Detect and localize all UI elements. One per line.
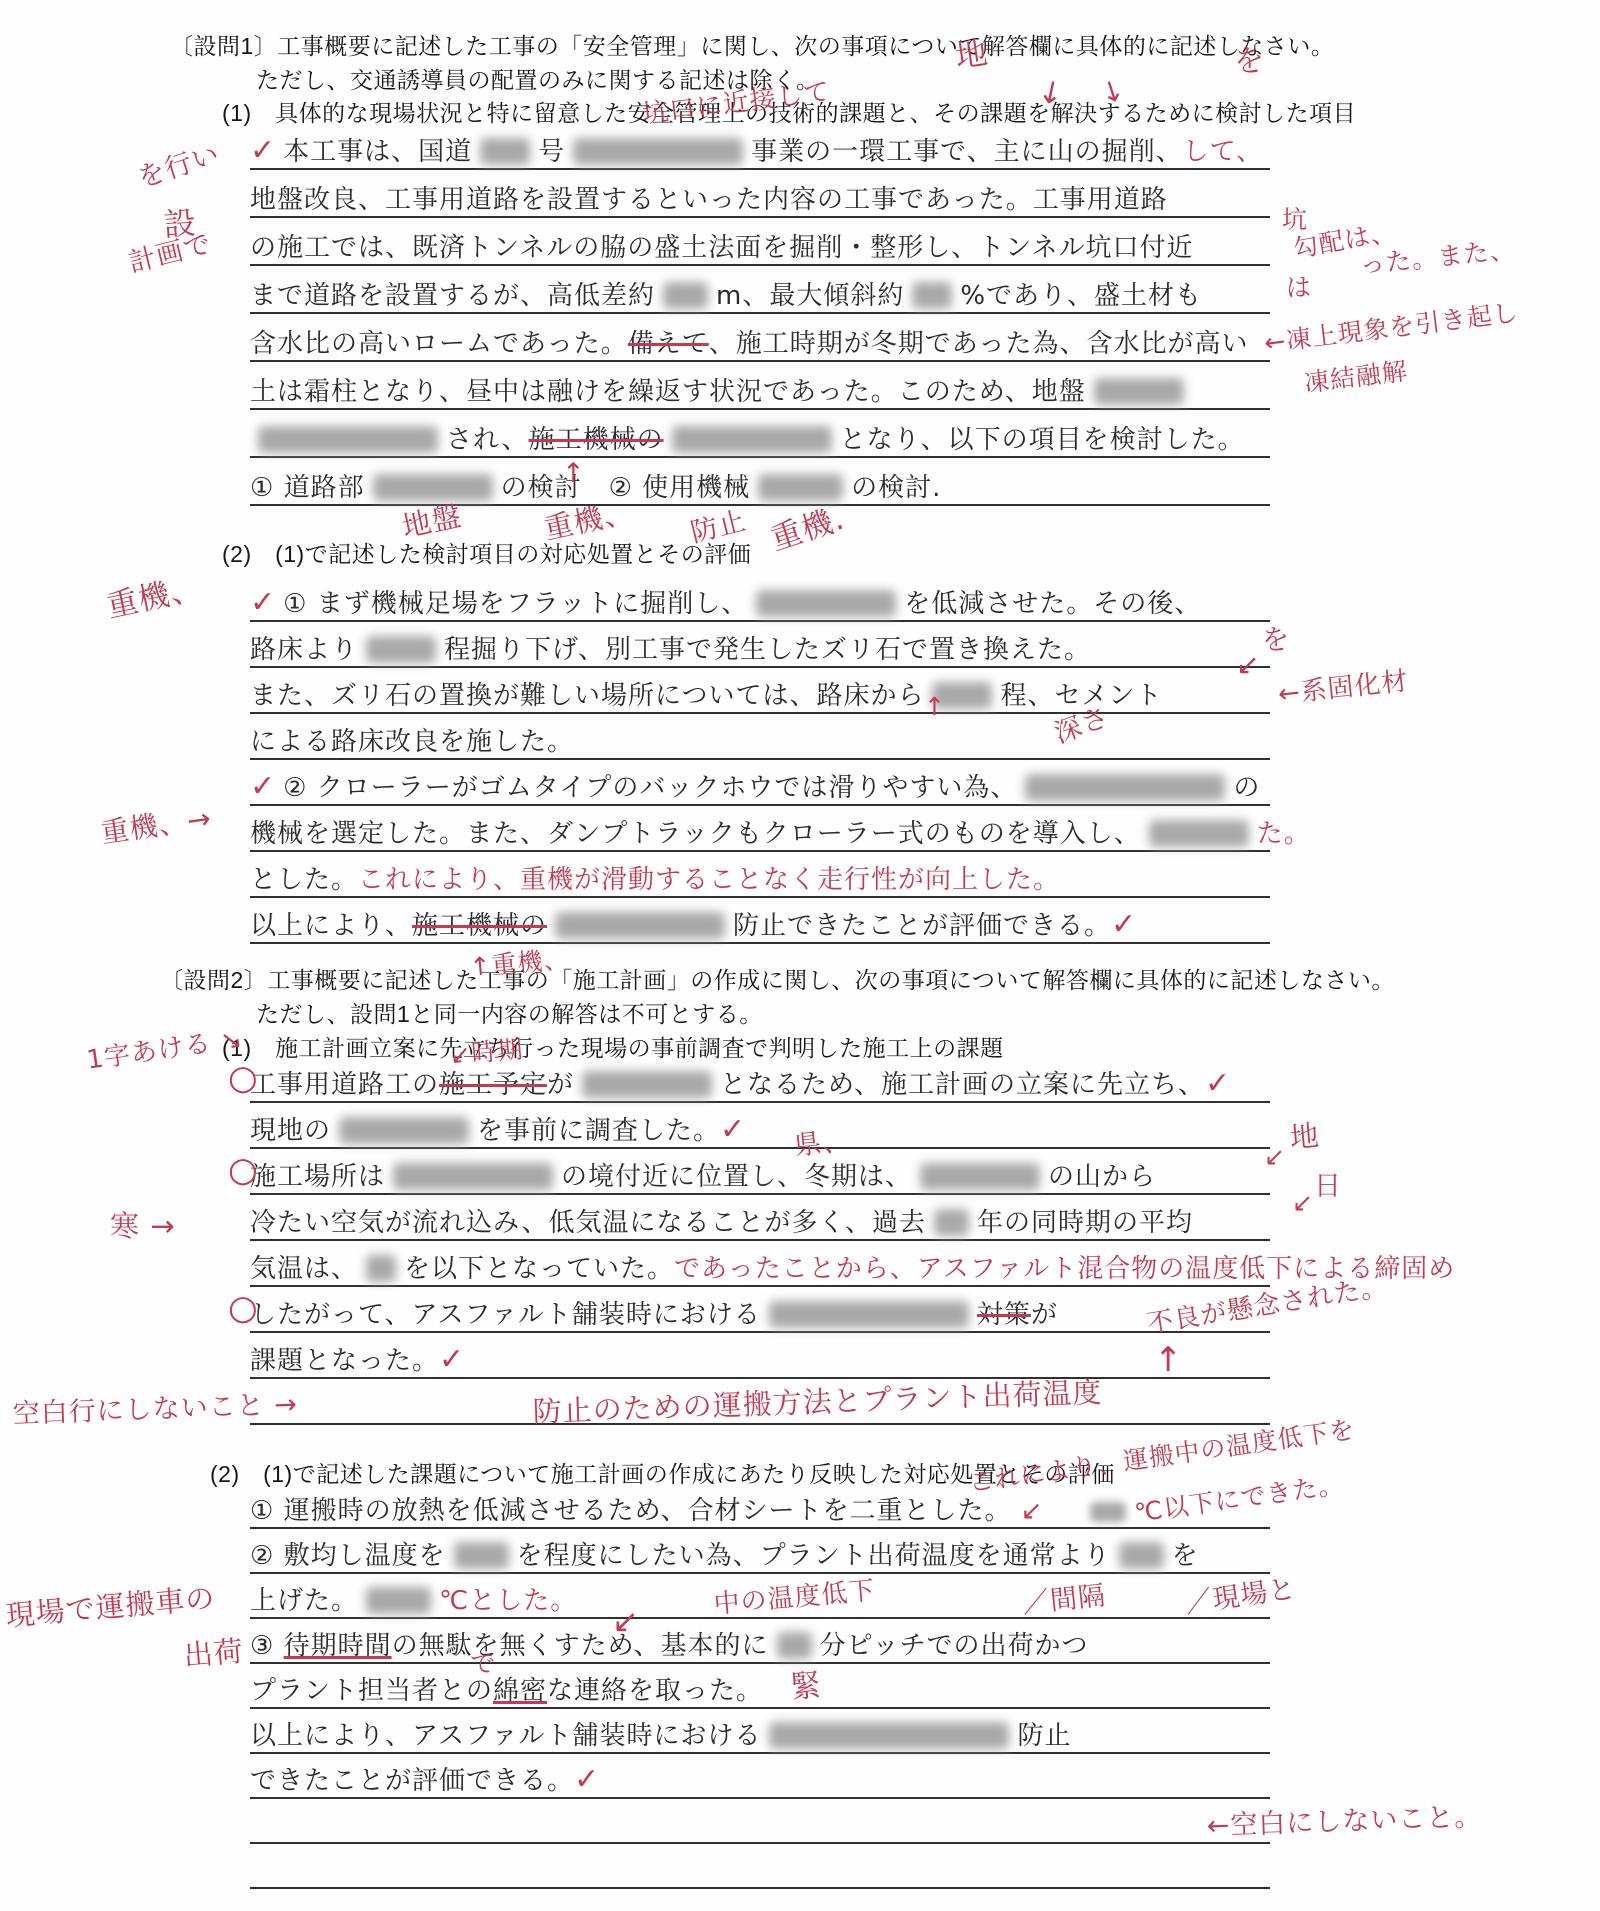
corrected-text: 対策 [977,1301,1031,1331]
handwriting-text: を事前に調査した。 [477,1117,720,1147]
answer-line: ✓本工事は、国道号事業の一環工事で、主に山の掘削、して、 [250,128,1270,170]
red-pen-annotation: 計画で [124,222,215,280]
check-mark: ✓ [1111,908,1136,943]
handwriting-text: とした。 [250,866,358,896]
answer-line: ✓① まず機械足場をフラットに掘削し、を低減させた。その後、 [250,582,1270,622]
handwriting-text: を低減させた。その後、 [904,590,1201,620]
redacted-text [672,426,832,453]
handwriting-text: 施工場所は [250,1163,385,1193]
redacted-text [920,1163,1040,1190]
red-pen-annotation: ↙ [1264,1142,1286,1171]
handwriting-text: 地盤改良、工事用道路を設置するといった内容の工事であった。工事用道路 [250,186,1168,216]
redacted-text [454,1542,509,1569]
answer-line: ③ 待期時間の無駄を無くすため、基本的に分ピッチでの出荷かつ [250,1625,1270,1664]
redacted-text [912,282,952,309]
handwriting-text: ② クローラーがゴムタイプのバックホウでは滑りやすい為、 [283,774,1017,804]
handwriting-text: プラント担当者との [250,1677,493,1707]
handwriting-text: の施工では、既済トンネルの脇の盛土法面を掘削・整形し、トンネル坑口付近 [250,234,1193,264]
answer-line: 土は霜柱となり、昼中は融けを繰返す状況であった。このため、地盤 [250,368,1270,410]
redacted-text [934,1209,969,1236]
handwriting-text: の検討. [851,474,941,504]
red-pen-annotation: 寒 → [110,1204,176,1245]
handwriting-text: %であり、盛土材も [960,282,1202,312]
handwriting-text: 土は霜柱となり、昼中は融けを繰返す状況であった。このため、地盤 [250,378,1086,408]
red-pen-annotation: は [1286,268,1312,304]
handwriting-text: の山から [1048,1163,1156,1193]
handwriting-text: となり、以下の項目を検討した。 [840,426,1245,456]
corrected-text: 施工予定 [439,1071,547,1101]
handwriting-text: 工事用道路工の [250,1071,439,1101]
red-pen-annotation: を [1262,618,1290,657]
answer-line: できたことが評価できる。✓ [250,1760,1270,1799]
red-pen-annotation: ○ [228,1288,259,1328]
answer-line: 施工場所はの境付近に位置し、冬期は、の山から [250,1155,1270,1195]
red-pen-text: これにより、重機が滑動することなく走行性が向上した。 [358,866,1060,896]
handwriting-text: 路床より [250,636,358,666]
check-mark: ✓ [574,1763,599,1798]
check-mark: ✓ [250,586,275,621]
red-pen-annotation: 地 [952,27,991,77]
redacted-text [769,1301,969,1328]
handwriting-text: ③ [250,1632,284,1662]
handwriting-text: ② 敷均し温度を [250,1542,446,1572]
redacted-text [769,1722,1009,1749]
answer-line: 含水比の高いロームであった。備えて、施工時期が冬期であった為、含水比が高い [250,320,1270,362]
check-mark: ✓ [439,1343,464,1378]
red-pen-annotation: 県、 [792,1118,852,1163]
check-mark: ✓ [250,770,275,805]
question2-note: ただし、設問1と同一内容の解答は不可とする。 [256,996,763,1029]
redacted-text [480,138,530,165]
red-pen-annotation: ／現場と [1182,1566,1298,1620]
answer-line: とした。これにより、重機が滑動することなく走行性が向上した。 [250,858,1270,898]
handwriting-text: の [1233,774,1260,804]
marked-text: 待期時間 [284,1632,392,1662]
red-pen-annotation: で [470,1644,496,1680]
red-pen-annotation: 凍結融解 [1302,351,1410,399]
handwriting-text: 現地の [250,1117,331,1147]
red-pen-annotation: 現場で運搬車の [4,1576,217,1635]
answer-line: され、施工機械のとなり、以下の項目を検討した。 [250,416,1270,458]
red-pen-annotation: を行い [132,132,224,195]
answer-line: したがって、アスファルト舗装時における対策が [250,1293,1270,1333]
handwriting-text: 上げた。 [250,1587,358,1617]
handwriting-text: が [1031,1301,1058,1331]
answer-line: ① 道路部の検討 ② 使用機械の検討. [250,464,1270,506]
handwriting-text: 防止できたことが評価できる。 [733,912,1111,942]
handwriting-text: が [547,1071,574,1101]
handwriting-text: 程掘り下げ、別工事で発生したズリ石で置き換えた。 [444,636,1091,666]
check-mark: ✓ [250,134,275,169]
answer-line: また、ズリ石の置換が難しい場所については、路床から程、セメント [250,674,1270,714]
handwriting-text: され、 [446,426,529,456]
redacted-text [393,1163,553,1190]
redacted-text [663,282,708,309]
corrected-text: 施工機械の [412,912,547,942]
corrected-text: 施工機械の [529,426,664,456]
red-pen-annotation: ←空白にしないこと。 [1206,1794,1483,1843]
handwriting-text: な連絡を取った。 [547,1677,763,1707]
handwriting-text: できたことが評価できる。 [250,1767,574,1797]
red-pen-text: して、 [1183,138,1263,168]
redacted-text [756,590,896,617]
handwriting-text: 号 [538,138,565,168]
question2-part1-prompt: (1) 施工計画立案に先立ち行った現場の事前調査で判明した施工上の課題 [222,1030,1004,1063]
red-pen-annotation: ←系固化材 [1276,660,1410,710]
handwriting-text: 以上により、アスファルト舗装時における [250,1722,761,1752]
answer-line: 気温は、を以下となっていた。であったことから、アスファルト混合物の温度低下による… [250,1247,1270,1287]
check-mark: ✓ [720,1113,745,1148]
handwriting-text: による路床改良を施した。 [250,728,574,758]
red-pen-annotation: ○ [228,1058,259,1098]
answer-line: 地盤改良、工事用道路を設置するといった内容の工事であった。工事用道路 [250,176,1270,218]
redacted-text [1025,774,1225,801]
red-pen-annotation: ↙ [1236,648,1260,681]
redacted-text [573,138,743,165]
answer-line: 工事用道路工の施工予定がとなるため、施工計画の立案に先立ち、✓ [250,1063,1270,1103]
handwriting-text: 含水比の高いロームであった。 [250,330,628,360]
handwriting-text: の境付近に位置し、冬期は、 [561,1163,912,1193]
red-pen-annotation: 1字あける ↘ [84,1018,245,1077]
redacted-text [366,1255,396,1282]
handwriting-text: 課題となった。 [250,1347,439,1377]
handwriting-text: となるため、施工計画の立案に先立ち、 [720,1071,1205,1101]
redacted-text [777,1632,812,1659]
red-pen-text: ↙ [1012,1497,1044,1527]
answer-line: 現地のを事前に調査した。✓ [250,1109,1270,1149]
marked-text: 綿密 [493,1677,547,1707]
redacted-text [1119,1542,1164,1569]
handwriting-text: したがって、アスファルト舗装時における [250,1301,761,1331]
red-pen-annotation: ↙ [612,1602,640,1640]
red-pen-annotation: ↑ [924,692,946,721]
handwriting-text: 年の同時期の平均 [977,1209,1193,1239]
red-pen-annotation: ○ [228,1150,259,1190]
handwriting-text: ① 運搬時の放熱を低減させるため、合材シートを二重とした。 [250,1497,1012,1527]
answer-line [250,1805,1270,1844]
handwriting-text: 本工事は、国道 [283,138,472,168]
answer-line: 以上により、施工機械の防止できたことが評価できる。✓ [250,904,1270,944]
red-pen-annotation: 重機、 [102,562,205,626]
exam-answer-sheet: 〔設問1〕工事概要に記述した工事の「安全管理」に関し、次の事項について解答欄に具… [0,0,1600,1911]
corrected-text: 備えて [628,330,709,360]
red-pen-text: た。 [1257,820,1311,850]
red-pen-annotation: 日 [1314,1164,1342,1203]
answer-line: 機械を選定した。また、ダンプトラックもクローラー式のものを導入し、た。 [250,812,1270,852]
answer-line: 冷たい空気が流れ込み、低気温になることが多く、過去年の同時期の平均 [250,1201,1270,1241]
redacted-text [366,636,436,663]
redacted-text [373,474,493,501]
answer-line: 路床より程掘り下げ、別工事で発生したズリ石で置き換えた。 [250,628,1270,668]
question2-heading: 〔設問2〕工事概要に記述した工事の「施工計画」の作成に関し、次の事項について解答… [160,962,1395,995]
answer-line [250,1850,1270,1889]
redacted-text [258,426,438,453]
answer-line: まで道路を設置するが、高低差約m、最大傾斜約%であり、盛土材も [250,272,1270,314]
handwriting-text: m、最大傾斜約 [716,282,904,312]
answer-line: ② 敷均し温度をを程度にしたい為、プラント出荷温度を通常よりを [250,1535,1270,1574]
handwriting-text: また、ズリ石の置換が難しい場所については、路床から [250,682,924,712]
handwriting-text: 気温は、 [250,1255,358,1285]
question1-heading: 〔設問1〕工事概要に記述した工事の「安全管理」に関し、次の事項について解答欄に具… [170,28,1334,61]
handwriting-text: 防止 [1017,1722,1071,1752]
red-pen-annotation: 緊 [788,1659,824,1707]
question1-part2-prompt: (2) (1)で記述した検討項目の対応処置とその評価 [222,536,751,569]
redacted-text [1094,378,1184,405]
answer-line: による路床改良を施した。 [250,720,1270,760]
handwriting-text: ① まず機械足場をフラットに掘削し、 [283,590,748,620]
handwriting-text: を [1172,1542,1199,1572]
handwriting-text: 分ピッチでの出荷かつ [820,1632,1089,1662]
red-pen-annotation: ↙時期 [448,1030,525,1072]
answer-line: の施工では、既済トンネルの脇の盛土法面を掘削・整形し、トンネル坑口付近 [250,224,1270,266]
handwriting-text: まで道路を設置するが、高低差約 [250,282,655,312]
handwriting-text: 、施工時期が冬期であった為、含水比が高い [709,330,1249,360]
handwriting-text: を程度にしたい為、プラント出荷温度を通常より [517,1542,1111,1572]
answer-line: プラント担当者との綿密な連絡を取った。 [250,1670,1270,1709]
red-pen-annotation: ↑ [1154,1340,1184,1380]
handwriting-text: ① 道路部 [250,474,365,504]
handwriting-text: 機械を選定した。また、ダンプトラックもクローラー式のものを導入し、 [250,820,1141,850]
red-pen-annotation: を [1234,36,1265,80]
red-pen-annotation: ↑ [562,458,586,489]
red-pen-annotation: 地 [1288,1113,1321,1156]
handwriting-text: の無駄を無くすため、基本的に [392,1632,769,1662]
red-pen-text: ℃とした。 [439,1587,577,1617]
red-pen-annotation: ↙ [1292,1188,1314,1217]
answer-line: 以上により、アスファルト舗装時における防止 [250,1715,1270,1754]
handwriting-text: を以下となっていた。 [404,1255,674,1285]
redacted-text [555,912,725,939]
check-mark: ✓ [1205,1067,1230,1102]
redacted-text [339,1117,469,1144]
handwriting-text: 冷たい空気が流れ込み、低気温になることが多く、過去 [250,1209,926,1239]
redacted-text [1090,1502,1126,1522]
redacted-text [366,1587,431,1614]
handwriting-text: 以上により、 [250,912,412,942]
red-pen-annotation: 重機、→ [98,796,214,851]
answer-line: 課題となった。✓ [250,1339,1270,1379]
handwriting-text: 事業の一環工事で、主に山の掘削、 [751,138,1182,168]
red-pen-annotation: 出荷 [182,1629,245,1675]
redacted-text [582,1071,712,1098]
redacted-text [1149,820,1249,847]
answer-line: ✓② クローラーがゴムタイプのバックホウでは滑りやすい為、の [250,766,1270,806]
